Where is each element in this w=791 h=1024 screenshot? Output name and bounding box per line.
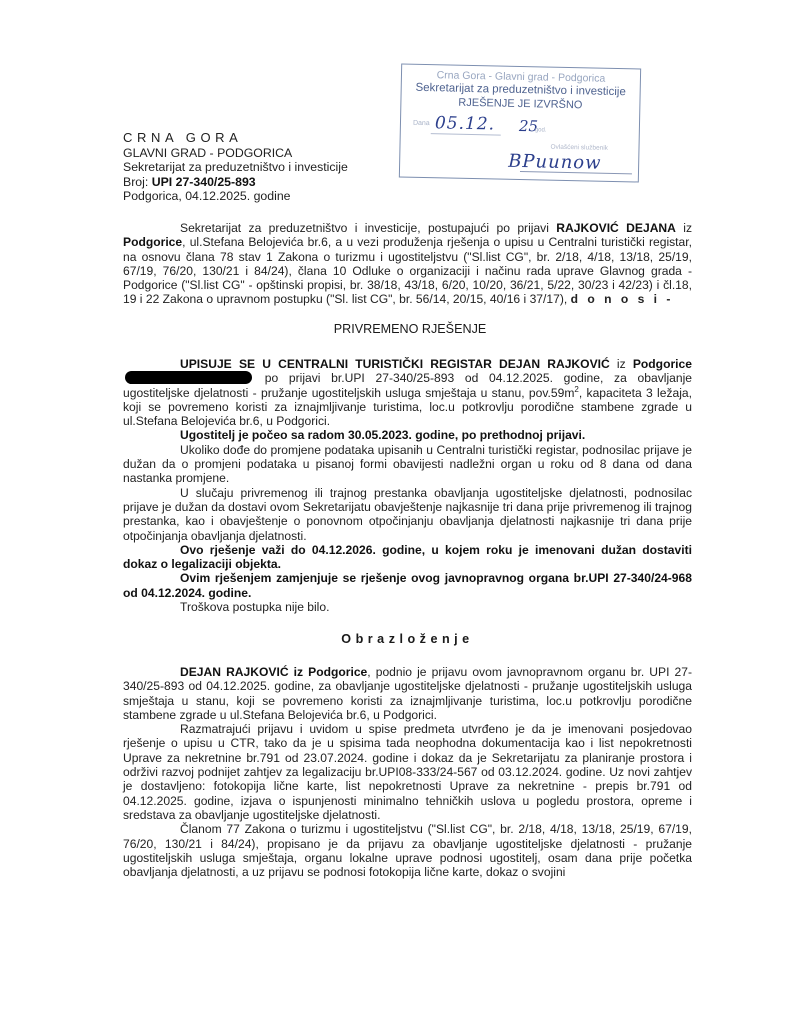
stamp-signature-label: Ovlašćeni službenik — [550, 144, 608, 152]
decision-city: Podgorice — [633, 357, 692, 371]
document-page: Crna Gora - Glavni grad - Podgorica Sekr… — [0, 0, 791, 1024]
stamp-date-label: Dana — [413, 120, 430, 127]
intro-text-2: iz — [676, 221, 692, 235]
reasoning-paragraph-3: Članom 77 Zakona o turizmu i ugostiteljs… — [123, 822, 692, 879]
header-number: Broj: UPI 27-340/25-893 — [123, 175, 348, 190]
intro-text-1: Sekretarijat za preduzetništvo i investi… — [180, 221, 556, 235]
decision-paragraph-5: Ovo rješenje važi do 04.12.2026. godine,… — [123, 543, 692, 572]
official-stamp: Crna Gora - Glavni grad - Podgorica Sekr… — [399, 63, 641, 182]
header-office: Sekretarijat za preduzetništvo i investi… — [123, 160, 348, 175]
reasoning-section: DEJAN RAJKOVIĆ iz Podgorice, podnio je p… — [123, 665, 692, 879]
reasoning-paragraph-1: DEJAN RAJKOVIĆ iz Podgorice, podnio je p… — [123, 665, 692, 722]
stamp-date-value: 05.12. — [435, 113, 495, 134]
document-header: CRNA GORA GLAVNI GRAD - PODGORICA Sekret… — [123, 131, 348, 204]
replacement-statement: Ovim rješenjem zamjenjuje se rješenje ov… — [123, 571, 692, 599]
header-number-label: Broj: — [123, 175, 148, 189]
decision-paragraph-6: Ovim rješenjem zamjenjuje se rješenje ov… — [123, 571, 692, 600]
header-city: GLAVNI GRAD - PODGORICA — [123, 146, 348, 161]
stamp-signature-line — [520, 171, 632, 174]
decision-registration-heading: UPISUJE SE U CENTRALNI TURISTIČKI REGIST… — [180, 357, 610, 371]
reasoning-title: Obrazloženje — [123, 632, 692, 646]
header-place-date: Podgorica, 04.12.2025. godine — [123, 189, 348, 204]
start-date-statement: Ugostitelj je počeo sa radom 30.05.2023.… — [180, 428, 585, 442]
intro-paragraph: Sekretarijat za preduzetništvo i investi… — [123, 221, 692, 307]
header-number-value: UPI 27-340/25-893 — [152, 175, 256, 189]
decision-text-iz: iz — [610, 357, 633, 371]
donosi-word: d o n o s i - — [571, 292, 674, 306]
decision-section: UPISUJE SE U CENTRALNI TURISTIČKI REGIST… — [123, 357, 692, 614]
decision-paragraph-4: U slučaju privremenog ili trajnog presta… — [123, 486, 692, 543]
reasoning-paragraph-2: Razmatrajući prijavu i uvidom u spise pr… — [123, 722, 692, 822]
stamp-year-suffix: god. — [535, 127, 547, 133]
reasoning-applicant: DEJAN RAJKOVIĆ iz Podgorice — [180, 665, 367, 679]
header-country: CRNA GORA — [123, 131, 348, 146]
decision-paragraph-2: Ugostitelj je počeo sa radom 30.05.2023.… — [123, 428, 692, 442]
decision-paragraph-7: Troškova postupka nije bilo. — [123, 600, 692, 614]
stamp-line-executable: RJEŠENJE JE IZVRŠNO — [401, 96, 639, 113]
validity-statement: Ovo rješenje važi do 04.12.2026. godine,… — [123, 543, 692, 571]
decision-title: PRIVREMENO RJEŠENJE — [200, 322, 620, 336]
applicant-name: RAJKOVIĆ DEJANA — [556, 221, 676, 235]
decision-paragraph-1: UPISUJE SE U CENTRALNI TURISTIČKI REGIST… — [123, 357, 692, 428]
redacted-address — [125, 371, 252, 384]
applicant-city: Podgorice — [123, 235, 182, 249]
decision-paragraph-3: Ukoliko dođe do promjene podataka upisan… — [123, 443, 692, 486]
